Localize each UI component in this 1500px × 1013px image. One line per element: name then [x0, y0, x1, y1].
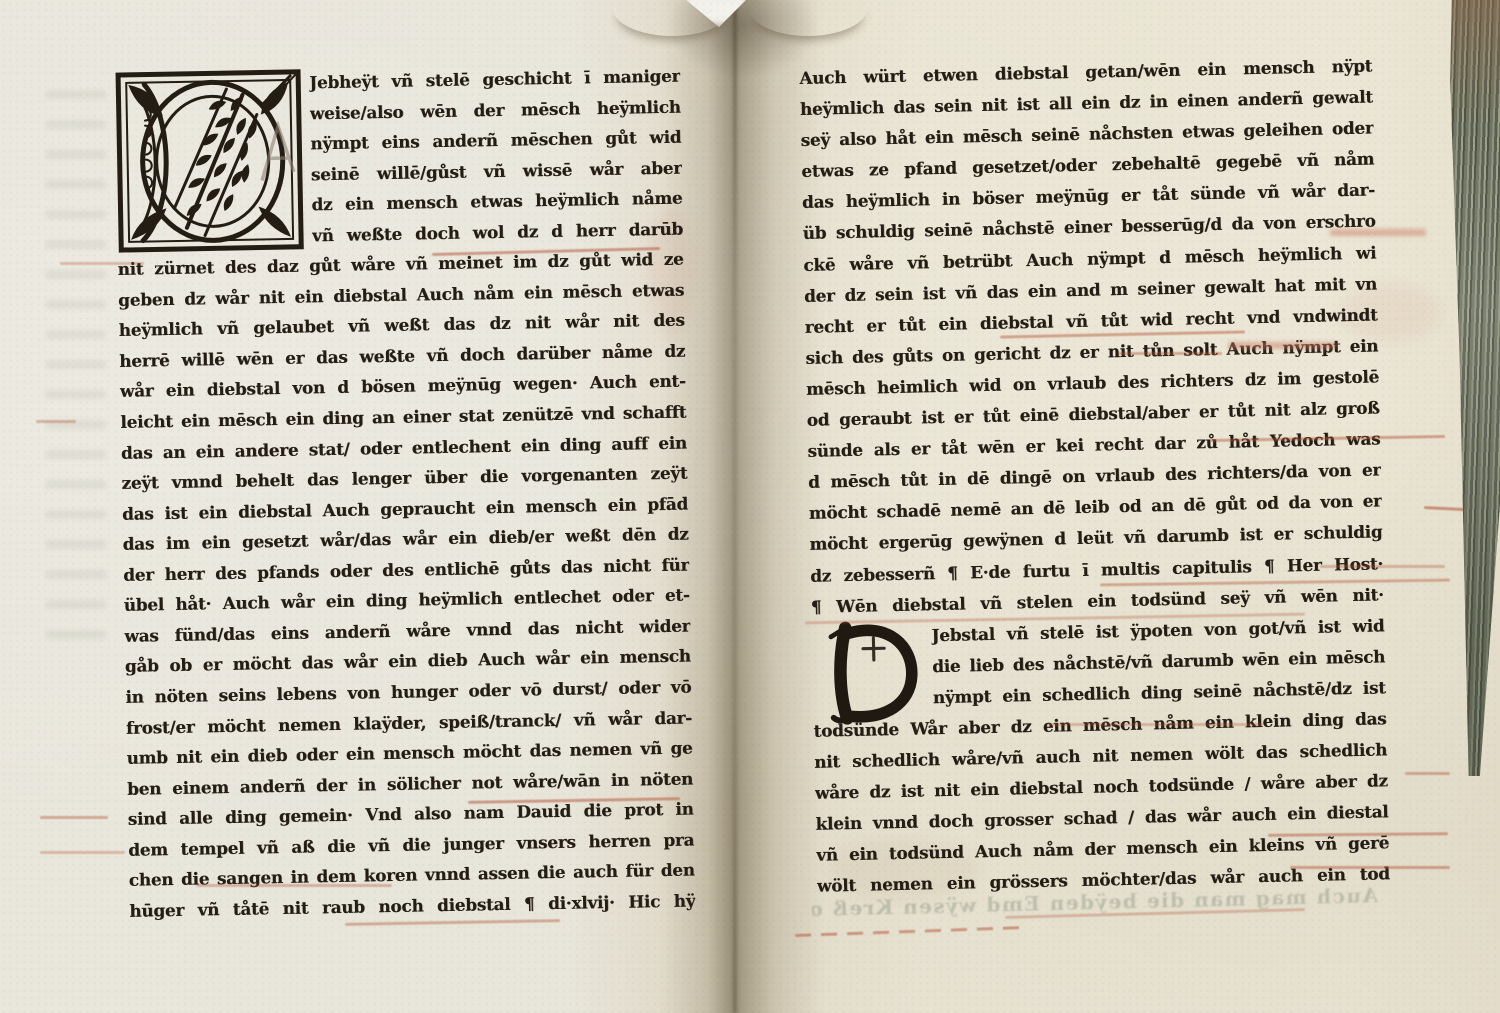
- woodcut-initial-D: [114, 68, 305, 255]
- calligraphic-initial-D: [815, 620, 923, 726]
- rubric-mark: [1330, 229, 1426, 236]
- rubric-mark: [1320, 565, 1445, 568]
- rubric-mark: [1405, 772, 1450, 775]
- book-photo: Jebheÿt vñ stelē geschicht ī manigerweis…: [0, 0, 1500, 1013]
- right-bottom-lines: todsünde Wår aber dz ein mēsch nåm ein k…: [813, 703, 1390, 902]
- rubric-mark: [36, 420, 76, 423]
- rubric-mark: [1118, 352, 1222, 355]
- rubric-mark: [1228, 342, 1336, 349]
- left-full-lines: nit zürnet des daz gůt wåre vñ meinet im…: [117, 244, 695, 926]
- rubric-mark: [795, 926, 1025, 937]
- rubric-mark: [1290, 866, 1450, 869]
- rubric-mark: [1048, 723, 1263, 726]
- rubric-mark: [60, 262, 144, 265]
- rubric-mark: [40, 851, 125, 854]
- left-page-text: Jebheÿt vñ stelē geschicht ī manigerweis…: [114, 61, 696, 927]
- fore-edge-page-stack: [1444, 0, 1500, 800]
- rubric-mark: [196, 884, 392, 887]
- cross-mark: [863, 637, 885, 660]
- binding-gutter: [733, 0, 737, 1013]
- bleed-through-left: [46, 90, 106, 650]
- left-indent-lines: Jebheÿt vñ stelē geschicht ī manigerweis…: [309, 61, 683, 251]
- right-indent-lines: Jebstal vñ stelē ist ÿpoten von got/vñ i…: [931, 610, 1386, 713]
- right-page-text: Auch würt etwen diebstal getan/wēn ein m…: [799, 51, 1390, 903]
- rubric-mark: [40, 816, 108, 819]
